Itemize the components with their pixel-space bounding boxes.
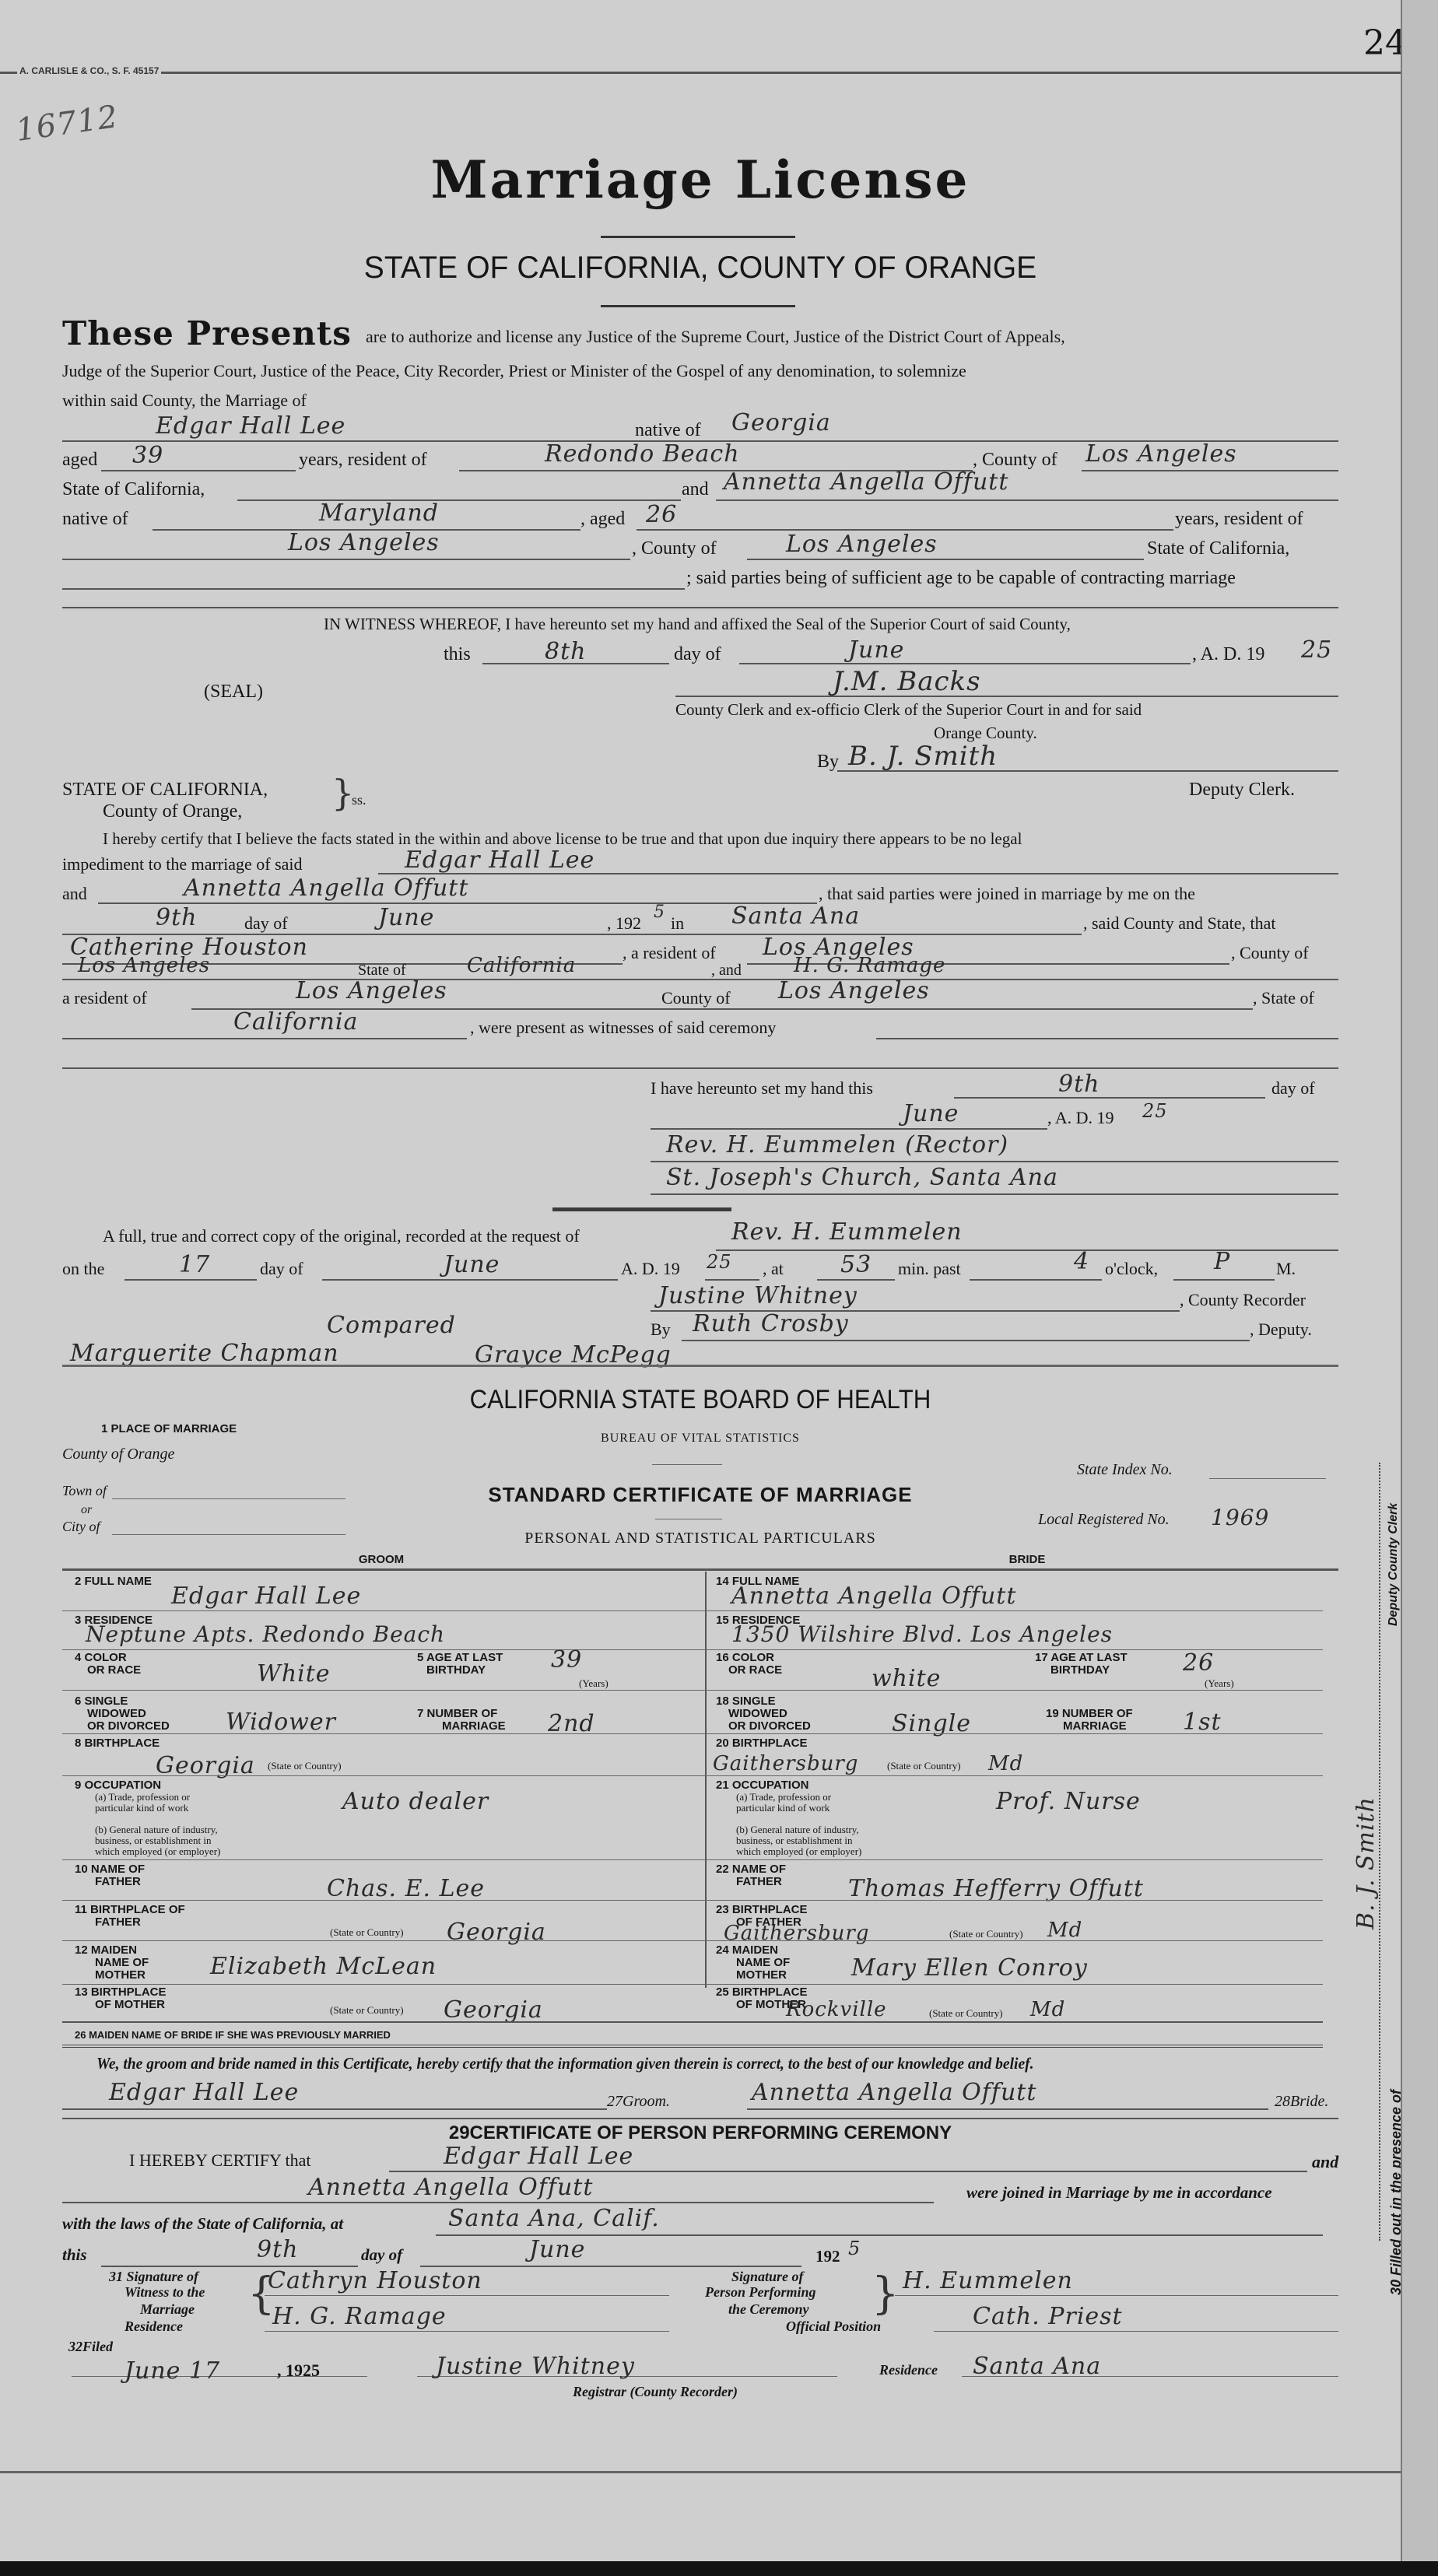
cert-ss: ss.	[352, 792, 367, 808]
label-years-resident-2: years, resident of	[1175, 509, 1303, 530]
label-aged: aged	[62, 450, 97, 471]
witness-label-3: Marriage	[140, 2301, 195, 2318]
label-county-recorder: , County Recorder	[1180, 1290, 1306, 1310]
performer-residence: Santa Ana	[973, 2353, 1101, 2380]
hand-month: June	[903, 1100, 959, 1127]
bride-county: Los Angeles	[786, 531, 938, 558]
requested-by: Rev. H. Eummelen	[731, 1218, 963, 1246]
label-resident-of: , a resident of	[623, 943, 716, 963]
bride-color-label-2: OR RACE	[728, 1663, 782, 1677]
groom-occupation: Auto dealer	[342, 1788, 489, 1815]
recorder-signature: Justine Whitney	[658, 1282, 858, 1309]
subtitle-rule	[601, 305, 795, 307]
bride-father-bp: Gaithersburg	[724, 1922, 869, 1945]
label-present: , were present as witnesses of said cere…	[470, 1018, 776, 1038]
bride-num-marriage-label-2: MARRIAGE	[1063, 1719, 1127, 1733]
label-native-of-2: native of	[62, 509, 128, 530]
declaration: We, the groom and bride named in this Ce…	[96, 2054, 1034, 2073]
witness-1-signature: Cathryn Houston	[268, 2267, 482, 2294]
groom-status-label-3: OR DIVORCED	[87, 1719, 170, 1733]
label-m: M.	[1276, 1259, 1296, 1279]
witness-month: June	[848, 636, 904, 664]
witness2-state: California	[233, 1008, 358, 1036]
bride-occ-a-2: particular kind of work	[736, 1802, 829, 1814]
witness-label-1: 31 Signature of	[109, 2269, 198, 2285]
filed-year: , 1925	[277, 2360, 320, 2381]
witness2-name: H. G. Ramage	[794, 954, 945, 977]
clerk-title: County Clerk and ex-officio Clerk of the…	[675, 700, 1142, 720]
bride-color: white	[872, 1665, 941, 1692]
groom-status: Widower	[226, 1709, 336, 1736]
label-this-cer: this	[62, 2245, 87, 2265]
deputy-county-clerk-label: Deputy County Clerk	[1387, 1503, 1401, 1626]
label-ad: , A. D. 19	[1192, 644, 1264, 665]
groom-mother-label-3: MOTHER	[95, 1968, 146, 1982]
performer-brace: }	[872, 2269, 900, 2319]
printer-mark: A. CARLISLE & CO., S. F. 45157	[17, 65, 161, 76]
witness-year: 25	[1301, 636, 1332, 664]
witness-text: IN WITNESS WHEREOF, I have hereunto set …	[324, 615, 1071, 634]
label-and-2: , and	[711, 962, 742, 980]
groom-age: 39	[132, 442, 163, 469]
performer-label-2: Person Performing	[705, 2284, 816, 2301]
label-day-of: day of	[674, 644, 721, 665]
groom-residence-field: Neptune Apts. Redondo Beach	[86, 1621, 445, 1647]
place-county: County of Orange	[62, 1446, 174, 1463]
label-laws: with the laws of the State of California…	[62, 2214, 343, 2234]
bride-signature: Annetta Angella Offutt	[752, 2079, 1036, 2106]
clerk-signature: J.M. Backs	[833, 666, 981, 697]
cert-state: STATE OF CALIFORNIA,	[62, 780, 268, 801]
groom-years-label: (Years)	[579, 1677, 609, 1689]
residence-label-w: Residence	[125, 2318, 183, 2335]
bride-age-field: 26	[1183, 1649, 1214, 1677]
these-presents: These Presents	[62, 314, 352, 352]
sufficient-age-text: ; said parties being of sufficient age t…	[686, 568, 1236, 589]
label-day-of-cer: day of	[361, 2245, 402, 2265]
cer-place: Santa Ana, Calif.	[448, 2205, 660, 2232]
deputy-recorder-signature: Ruth Crosby	[693, 1310, 849, 1337]
cert-year-digit: 5	[654, 902, 665, 922]
deputy-clerk: Deputy Clerk.	[1189, 780, 1295, 801]
cer-groom: Edgar Hall Lee	[444, 2143, 633, 2170]
bride-mother-bp: Rockville	[786, 1998, 887, 2021]
groom-mother: Elizabeth McLean	[210, 1953, 437, 1980]
cer-bride: Annetta Angella Offutt	[308, 2174, 593, 2201]
bride-occ-b-2: business, or establishment in	[736, 1835, 853, 1846]
registrar-label: Registrar (County Recorder)	[573, 2384, 738, 2400]
recording-month: June	[444, 1251, 500, 1278]
city-label: City of	[62, 1519, 100, 1535]
bride-father-label-2: FATHER	[736, 1875, 782, 1889]
bride-mbp-soc: (State or Country)	[929, 2007, 1003, 2019]
label-day-of-rec: day of	[260, 1259, 303, 1279]
groom-name: Edgar Hall Lee	[156, 412, 345, 440]
bride-mother: Mary Ellen Conroy	[851, 1954, 1088, 1982]
record-number: 16712	[13, 99, 120, 149]
label-by-rec: By	[651, 1320, 671, 1340]
witness1-state: California	[467, 954, 576, 977]
witness-2-signature: H. G. Ramage	[272, 2303, 447, 2330]
groom-fbp-soc: (State or Country)	[330, 1926, 404, 1938]
title-rule	[601, 236, 795, 238]
cert-day: 9th	[156, 904, 197, 931]
bride-bp-soc: (State or Country)	[887, 1760, 961, 1772]
label-county-of: , County of	[973, 450, 1057, 471]
place-label: 1 PLACE OF MARRIAGE	[101, 1422, 237, 1436]
bride-occ-a-1: (a) Trade, profession or	[736, 1791, 831, 1803]
bride-occ-b-3: which employed (or employer)	[736, 1845, 861, 1857]
or-label: or	[81, 1503, 92, 1517]
performer-label-1: Signature of	[731, 2269, 804, 2285]
ceremony-title: 29CERTIFICATE OF PERSON PERFORMING CEREM…	[374, 2122, 1027, 2144]
label-by: By	[817, 752, 839, 773]
witness2-county: Los Angeles	[778, 977, 930, 1004]
label-set-hand: I have hereunto set my hand this	[651, 1078, 873, 1099]
groom-sig-label: 27Groom.	[607, 2093, 670, 2111]
witness-day: 8th	[545, 638, 586, 665]
groom-num-marriage-label-2: MARRIAGE	[442, 1719, 506, 1733]
hand-day: 9th	[1058, 1071, 1100, 1098]
filed-label: 32Filed	[68, 2339, 113, 2355]
scan-bottom-edge	[0, 2561, 1438, 2576]
label-state-ca: State of California,	[62, 479, 205, 500]
local-reg-label: Local Registered No.	[1038, 1511, 1170, 1529]
position-label: Official Position	[786, 2318, 881, 2335]
groom-occ-a-2: particular kind of work	[95, 1802, 188, 1814]
label-joined: , that said parties were joined in marri…	[819, 884, 1195, 904]
deputy-signature: B. J. Smith	[848, 741, 998, 772]
groom-mother-bp-label-2: OF MOTHER	[95, 1998, 165, 2012]
recording-day: 17	[179, 1251, 210, 1278]
groom-birthplace-label: 8 BIRTHPLACE	[75, 1737, 160, 1751]
bride-mother-bp-state: Md	[1030, 1998, 1065, 2021]
label-state-of-2: , State of	[1253, 988, 1314, 1008]
groom-father-bp-label-2: FATHER	[95, 1915, 141, 1929]
groom-age-field: 39	[551, 1646, 582, 1674]
recording-ampm: P	[1214, 1248, 1230, 1275]
cert-county: County of Orange,	[103, 801, 242, 822]
label-day-of-2: day of	[1271, 1078, 1315, 1099]
groom-father-bp: Georgia	[447, 1919, 546, 1946]
label-state-ca-2: State of California,	[1147, 538, 1289, 559]
town-label: Town of	[62, 1483, 107, 1499]
groom-age-label-2: BIRTHDAY	[426, 1663, 486, 1677]
label-county-of-2-cert: County of	[661, 988, 731, 1008]
bride-birthplace-label: 20 BIRTHPLACE	[716, 1737, 808, 1751]
groom-occ-b-1: (b) General nature of industry,	[95, 1824, 218, 1835]
bride-residence-field: 1350 Wilshire Blvd. Los Angeles	[731, 1621, 1113, 1647]
label-ad-cert: , A. D. 19	[1047, 1108, 1114, 1128]
brace: }	[331, 772, 354, 814]
groom-color: White	[257, 1660, 331, 1688]
particulars-title: PERSONAL AND STATISTICAL PARTICULARS	[436, 1530, 965, 1547]
label-in: in	[671, 913, 684, 934]
label-and: and	[682, 479, 709, 500]
label-impediment: impediment to the marriage of said	[62, 854, 303, 874]
groom-native: Georgia	[731, 409, 831, 436]
performer-label-3: the Ceremony	[728, 2301, 809, 2318]
bride-age: 26	[646, 501, 677, 528]
label-county-of-cert: , County of	[1231, 943, 1309, 963]
hereby-certify: I HEREBY CERTIFY that	[129, 2150, 311, 2171]
label-a-resident-of: a resident of	[62, 988, 147, 1008]
bottom-rule	[0, 2471, 1401, 2473]
label-min-past: min. past	[898, 1259, 961, 1279]
residence-label-2: Residence	[879, 2362, 938, 2378]
compared-label: Compared	[327, 1312, 456, 1339]
witness-label-2: Witness to the	[125, 2284, 205, 2301]
scan-edge	[1401, 0, 1438, 2576]
groom-father-label-2: FATHER	[95, 1875, 141, 1889]
groom-occ-b-2: business, or establishment in	[95, 1835, 212, 1846]
cer-month: June	[529, 2236, 585, 2263]
local-reg-value: 1969	[1211, 1505, 1269, 1530]
witness2-city: Los Angeles	[296, 977, 447, 1004]
recording-line-1: A full, true and correct copy of the ori…	[103, 1226, 580, 1246]
state-index-label: State Index No.	[1077, 1461, 1173, 1479]
label-oclock: o'clock,	[1105, 1259, 1158, 1279]
groom-full-name-label: 2 FULL NAME	[75, 1575, 152, 1589]
groom-county: Los Angeles	[1086, 440, 1237, 468]
bride-occupation: Prof. Nurse	[996, 1788, 1141, 1815]
label-native-of: native of	[635, 420, 701, 441]
label-this: this	[444, 644, 471, 665]
recording-year: 25	[707, 1251, 732, 1273]
label-years-resident: years, resident of	[299, 450, 427, 471]
label-county-of-2: , County of	[632, 538, 717, 559]
cert-groom: Edgar Hall Lee	[405, 846, 594, 874]
label-and-cert: and	[62, 884, 87, 904]
intro-line-2: Judge of the Superior Court, Justice of …	[62, 361, 966, 381]
groom-full-name: Edgar Hall Lee	[171, 1582, 361, 1610]
witness1-county: Los Angeles	[78, 954, 210, 977]
bride-num-marriage: 1st	[1183, 1709, 1222, 1736]
label-ad-rec: A. D. 19	[621, 1259, 680, 1279]
compared-signature-1: Marguerite Chapman	[70, 1340, 339, 1367]
groom-signature: Edgar Hall Lee	[109, 2079, 299, 2106]
bride-sig-label: 28Bride.	[1275, 2093, 1328, 2111]
recording-hour: 4	[1074, 1248, 1089, 1275]
bride-fbp-soc: (State or Country)	[949, 1928, 1023, 1940]
bride-years-label: (Years)	[1205, 1677, 1234, 1689]
bride-birthplace-state: Md	[988, 1752, 1023, 1775]
bride-father: Thomas Hefferry Offutt	[848, 1875, 1144, 1902]
groom-occ-a-1: (a) Trade, profession or	[95, 1791, 190, 1803]
groom-occ-b-3: which employed (or employer)	[95, 1845, 220, 1857]
cer-day: 9th	[257, 2236, 298, 2263]
board-title: CALIFORNIA STATE BOARD OF HEALTH	[400, 1385, 1001, 1415]
license-subtitle: STATE OF CALIFORNIA, COUNTY OF ORANGE	[14, 251, 1387, 286]
bride-residence: Los Angeles	[288, 529, 440, 556]
label-aged-2: , aged	[580, 509, 625, 530]
groom-father: Chas. E. Lee	[327, 1875, 485, 1902]
groom-mbp-soc: (State or Country)	[330, 2004, 404, 2016]
cert-place: Santa Ana	[731, 902, 860, 930]
bride-birthplace: Gaithersburg	[713, 1752, 858, 1775]
cert-bride: Annetta Angella Offutt	[184, 874, 468, 902]
cert-month: June	[378, 904, 434, 931]
officiant-line-2: St. Joseph's Church, Santa Ana	[666, 1164, 1058, 1191]
top-rule	[0, 72, 1401, 74]
performer-signature: H. Eummelen	[903, 2267, 1073, 2294]
bride-age-label-2: BIRTHDAY	[1050, 1663, 1110, 1677]
label-19: , 192	[607, 913, 641, 934]
bride-status-label-3: OR DIVORCED	[728, 1719, 811, 1733]
bride-father-bp-state: Md	[1047, 1919, 1082, 1942]
license-title: Marriage License	[0, 149, 1401, 210]
bride-occ-b-1: (b) General nature of industry,	[736, 1824, 859, 1835]
intro-line-1: are to authorize and license any Justice…	[366, 327, 1065, 347]
recording-minutes: 53	[840, 1251, 872, 1278]
bride-name: Annetta Angella Offutt	[724, 468, 1008, 496]
document-page: 243 A. CARLISLE & CO., S. F. 45157 16712…	[0, 0, 1401, 2576]
groom-residence: Redondo Beach	[545, 440, 740, 468]
label-at: , at	[763, 1259, 784, 1279]
bride-native: Maryland	[319, 499, 439, 527]
intro-line-3: within said County, the Marriage of	[62, 391, 307, 411]
groom-color-label-2: OR RACE	[87, 1663, 141, 1677]
seal: (SEAL)	[204, 682, 263, 703]
bride-mother-label-3: MOTHER	[736, 1968, 787, 1982]
label-192: 192	[815, 2247, 840, 2266]
position: Cath. Priest	[973, 2303, 1123, 2330]
filed-date: June 17	[125, 2357, 220, 2385]
hand-year: 25	[1142, 1100, 1168, 1122]
label-on-the: on the	[62, 1259, 104, 1279]
label-day-of-cert: day of	[244, 913, 288, 934]
bureau-title: BUREAU OF VITAL STATISTICS	[529, 1432, 872, 1446]
bride-header: BRIDE	[973, 1553, 1082, 1567]
cer-year: 5	[848, 2238, 861, 2259]
label-and-cer: and	[1312, 2152, 1338, 2172]
label-deputy: , Deputy.	[1250, 1320, 1312, 1340]
previously-married-label: 26 MAIDEN NAME OF BRIDE IF SHE WAS PREVI…	[75, 2029, 391, 2041]
label-said-county: , said County and State, that	[1083, 913, 1275, 934]
groom-bp-soc: (State or Country)	[268, 1760, 342, 1772]
groom-mother-bp: Georgia	[444, 1996, 543, 2024]
label-joined-cer: were joined in Marriage by me in accorda…	[966, 2183, 1272, 2203]
officiant-line-1: Rev. H. Eummelen (Rector)	[666, 1131, 1008, 1158]
registrar-signature: Justine Whitney	[436, 2353, 635, 2380]
bride-full-name: Annetta Angella Offutt	[731, 1582, 1016, 1610]
groom-header: GROOM	[327, 1553, 436, 1567]
certificate-title: STANDARD CERTIFICATE OF MARRIAGE	[405, 1483, 996, 1507]
filled-signature: B. J. Smith	[1352, 1796, 1380, 1929]
